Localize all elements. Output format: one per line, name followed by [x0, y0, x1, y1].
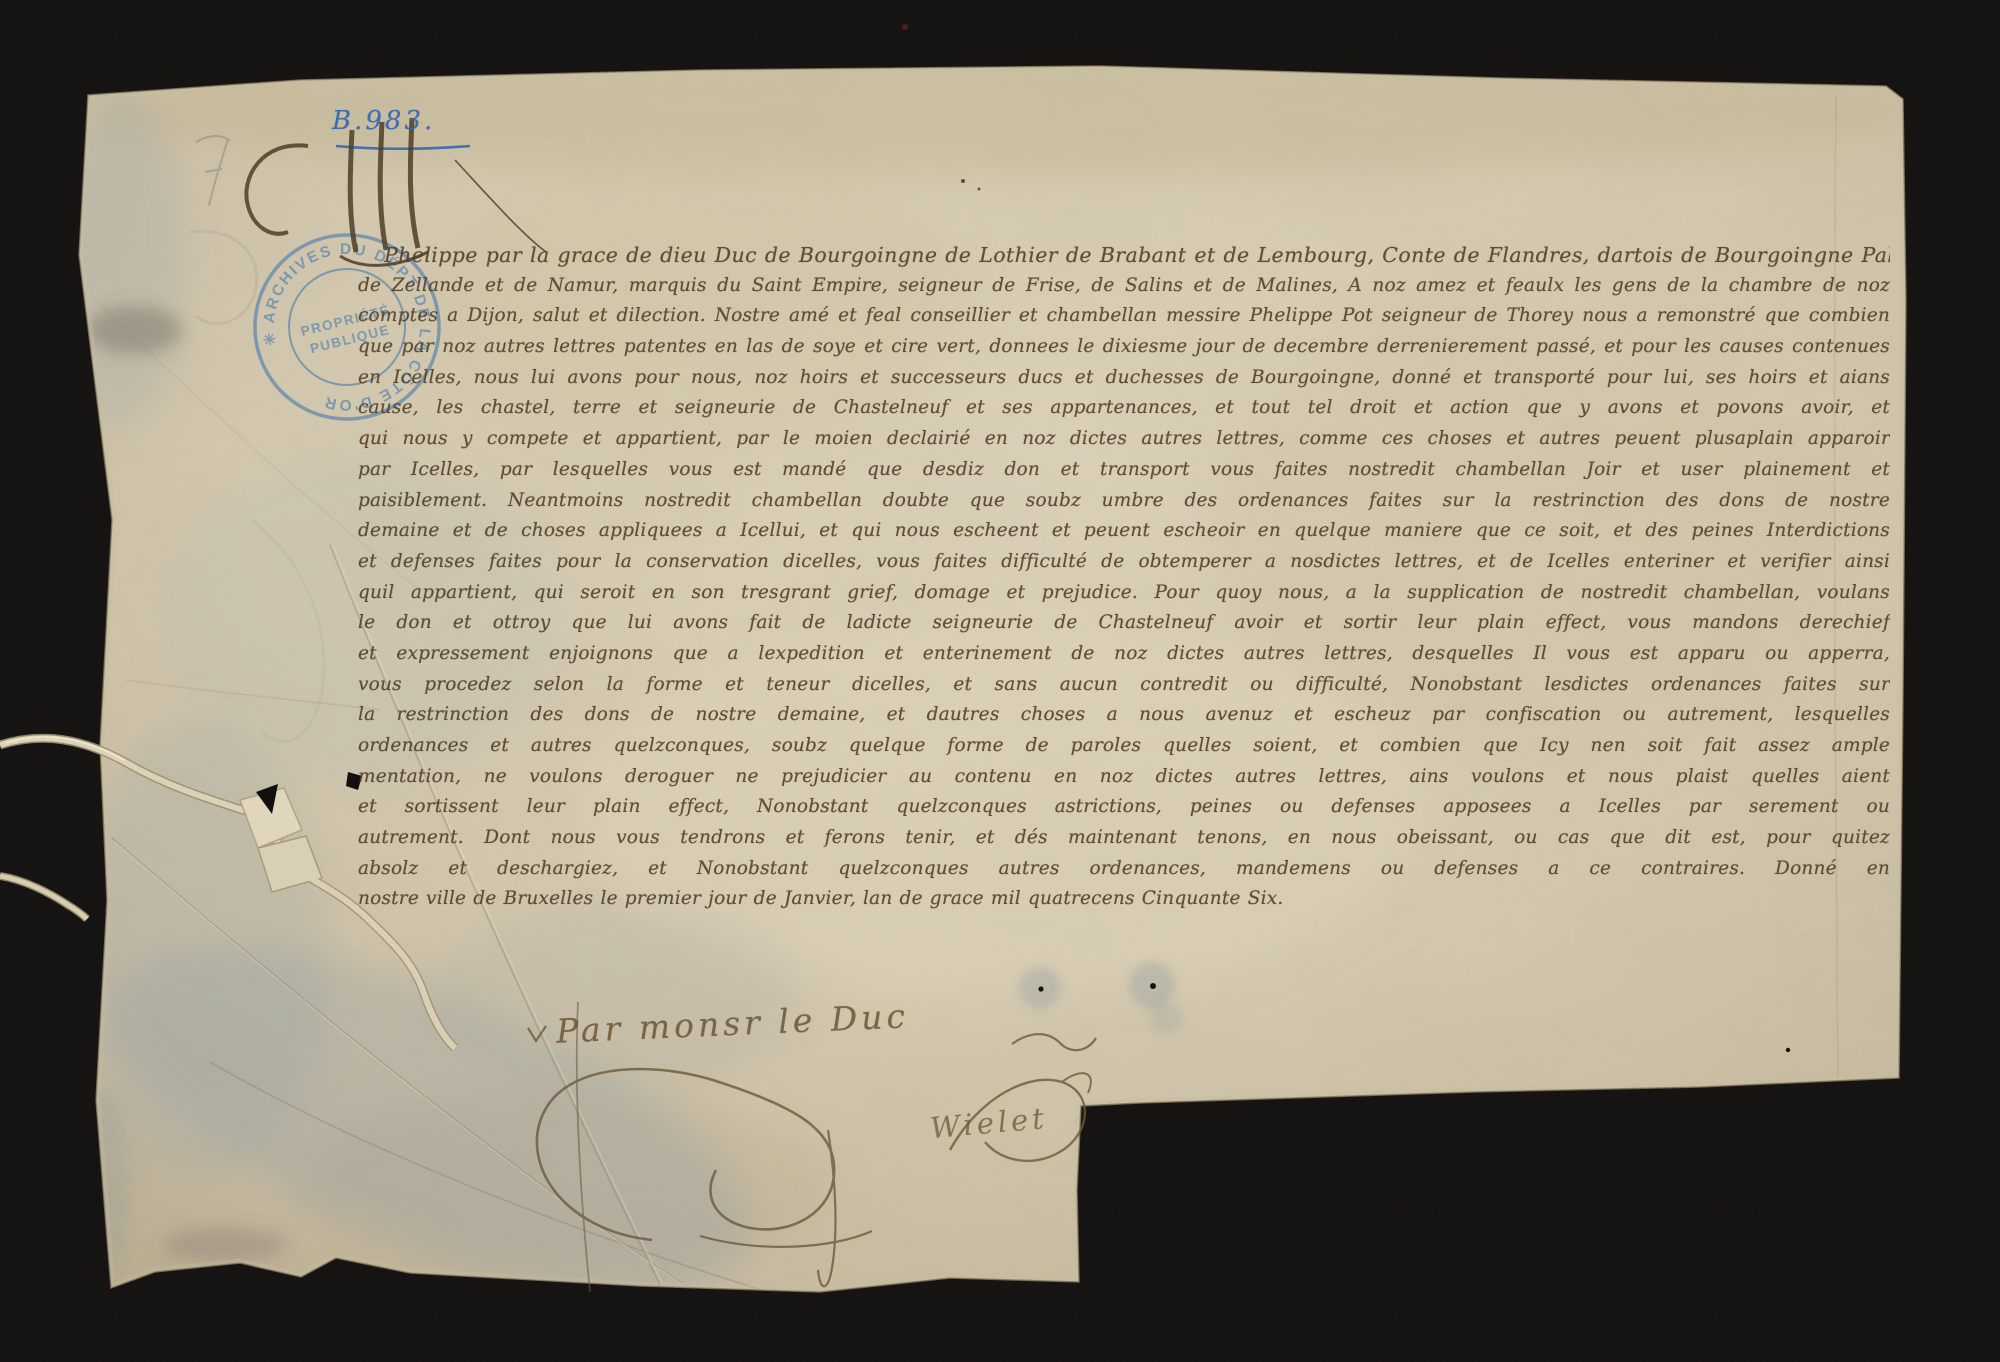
charter-line: Phelippe par la grace de dieu Duc de Bou…	[358, 240, 1890, 271]
charter-line: vous procedez selon la forme et teneur d…	[358, 670, 1890, 701]
archive-reference-number: B.983.	[332, 106, 435, 136]
charter-line: comptes a Dijon, salut et dilection. Nos…	[358, 301, 1890, 332]
photograph-of-parchment-charter: ✳ ARCHIVES DU DÉPT DE LA CÔTE D'OR PROPR…	[0, 0, 2000, 1362]
charter-line: autrement. Dont nous vous tendrons et fe…	[358, 823, 1890, 854]
charter-line: le don et ottroy que lui avons fait de l…	[358, 608, 1890, 639]
red-speck	[902, 24, 908, 30]
charter-line: et expressement enjoignons que a lexpedi…	[358, 639, 1890, 670]
charter-line: de Zellande et de Namur, marquis du Sain…	[358, 271, 1890, 302]
charter-line: en Icelles, nous lui avons pour nous, no…	[358, 363, 1890, 394]
charter-line: cause, les chastel, terre et seigneurie …	[358, 393, 1890, 424]
charter-line: et sortissent leur plain effect, Nonobst…	[358, 792, 1890, 823]
charter-text-block: Phelippe par la grace de dieu Duc de Bou…	[358, 240, 1890, 915]
charter-line: quil appartient, qui seroit en son tresg…	[358, 578, 1890, 609]
charter-line: par Icelles, par lesquelles vous est man…	[358, 455, 1890, 486]
charter-line: mentation, ne voulons deroguer ne prejud…	[358, 762, 1890, 793]
charter-line: paisiblement. Neantmoins nostredit chamb…	[358, 486, 1890, 517]
charter-line: ordenances et autres quelzconques, soubz…	[358, 731, 1890, 762]
charter-line: qui nous y compete et appartient, par le…	[358, 424, 1890, 455]
charter-line: la restrinction des dons de nostre demai…	[358, 700, 1890, 731]
charter-line: que par noz autres lettres patentes en l…	[358, 332, 1890, 363]
charter-line: demaine et de choses appliquees a Icellu…	[358, 516, 1890, 547]
charter-line: et defenses faites pour la conservation …	[358, 547, 1890, 578]
charter-line: absolz et deschargiez, et Nonobstant que…	[358, 854, 1890, 885]
charter-line: nostre ville de Bruxelles le premier jou…	[358, 884, 1890, 915]
